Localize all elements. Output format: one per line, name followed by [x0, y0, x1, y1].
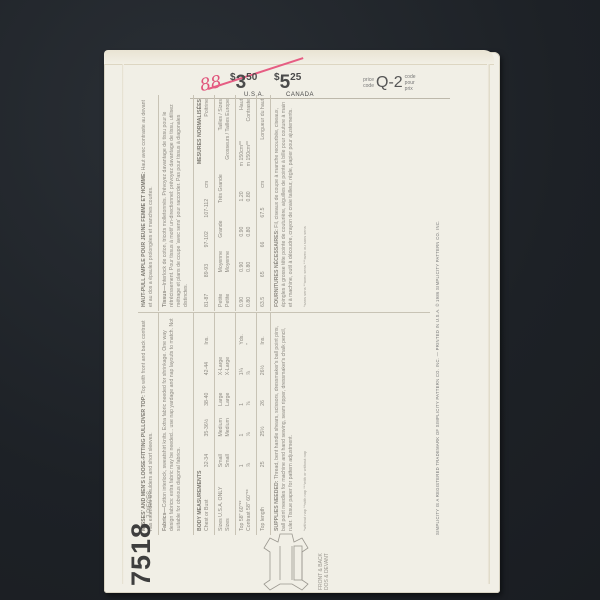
english-top-length: Top length2525½2626½Ins. — [257, 313, 271, 535]
french-length: 63.5656667.5cmLongueur du haut — [257, 95, 271, 311]
pieces-count: 7 PIECES — [147, 491, 153, 518]
english-sizes: Sizes U.S.A. ONLYSmallMediumLargeX-Large… — [215, 313, 236, 535]
price-canada: $525 CANADA — [274, 72, 301, 94]
envelope-fold-right — [487, 64, 490, 584]
price-usa: $350 U.S.A. — [230, 72, 257, 94]
french-column: HAUT-PULL AMPLE POUR JEUNE FEMME ET HOMM… — [138, 95, 430, 311]
view-label: FRONT & BACKDOS & DEVANT — [318, 553, 330, 590]
french-supplies: FOURNITURES NÉCESSAIRES: Fil, ciseaux de… — [271, 95, 298, 311]
english-column: MISSES' AND MEN'S LOOSE-FITTING PULLOVER… — [138, 312, 430, 535]
french-measurements: MESURES NORMALISÉES 81-8789-9397-102107-… — [194, 95, 215, 311]
french-fabrics: Tissus—Interlock de coton, tricots molle… — [159, 95, 194, 311]
french-sizes: PetiteMoyenneGrandeTrès GrandeTailles / … — [215, 95, 236, 311]
french-title-section: HAUT-PULL AMPLE POUR JEUNE FEMME ET HOMM… — [138, 95, 159, 311]
french-footnote: *sans sens **avec sens ***avec ou sans s… — [298, 95, 311, 311]
copyright-text: SIMPLICITY IS A REGISTERED TRADEMARK OF … — [434, 95, 441, 535]
price-code: pricecode Q-2 codepourprix — [358, 74, 416, 92]
envelope-fold-left — [122, 64, 124, 584]
price-code-value: Q-2 — [376, 74, 403, 92]
pattern-number: 7518 — [126, 522, 157, 586]
english-footnote: *without nap **with nap ***with or witho… — [298, 313, 311, 535]
french-yardage: 0.900.900.901.20m 150cm**Haut 0.800.800.… — [236, 95, 257, 311]
english-supplies: SUPPLIES NEEDED: Thread, bent handle she… — [271, 313, 298, 535]
english-yardage: Top 58" 60"**1111¼Yds. Contrast 58" 60"*… — [236, 313, 257, 535]
pattern-number-block: 7518 7 PIECES — [126, 491, 157, 586]
garment-sketch-icon — [262, 532, 312, 592]
english-fabrics: Fabrics—Cotton interlock, sweatshirt kni… — [159, 313, 194, 535]
english-body-measurements: BODY MEASUREMENTS Chest or Bust32-3435-3… — [194, 313, 215, 535]
rotated-info-panel: MISSES' AND MEN'S LOOSE-FITTING PULLOVER… — [138, 95, 430, 535]
